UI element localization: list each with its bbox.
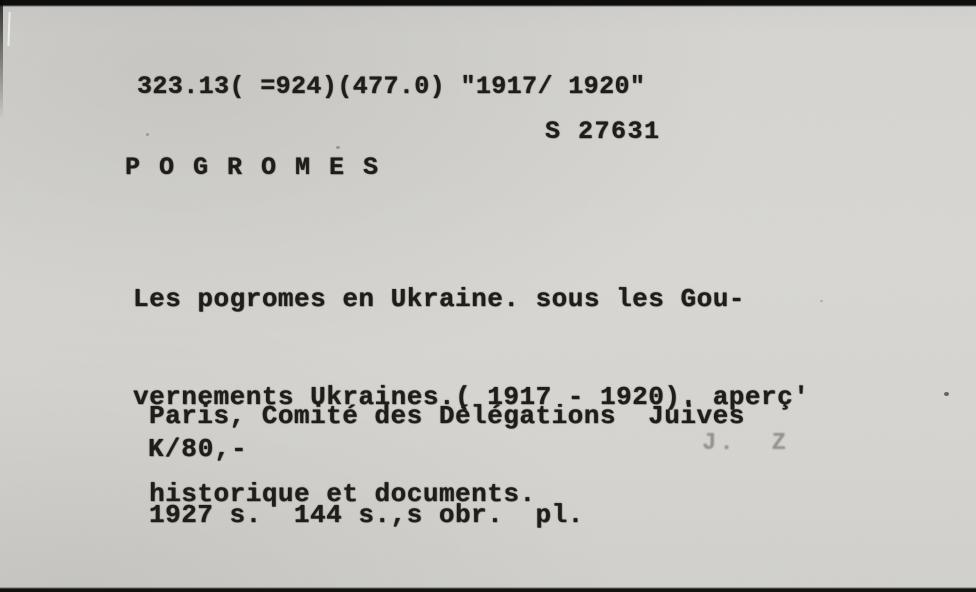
faint-stamp: J. Z (702, 430, 789, 457)
imprint-line: 1927 s. 144 s.,s obr. pl. (149, 499, 745, 532)
call-number: 323.13( =924)(477.0) "1917/ 1920" (137, 72, 645, 101)
paper-speck (944, 392, 949, 396)
scan-edge-top (0, 0, 976, 7)
paper-speck (820, 300, 823, 302)
subject-heading: P O G R O M E S (125, 153, 380, 182)
imprint-line: Paris, Comité des Délégations Juives (149, 400, 745, 433)
paper-speck (146, 133, 149, 136)
scan-edge-left (0, 0, 3, 120)
title-line: Les pogromes en Ukraine. sous les Gou- (133, 283, 809, 316)
paper-speck (336, 146, 340, 149)
accession-number: S 27631 (545, 117, 661, 146)
price-code: K/80,- (148, 434, 248, 464)
paper-scratch (7, 12, 10, 46)
catalog-card-scan: 323.13( =924)(477.0) "1917/ 1920" S 2763… (0, 0, 976, 592)
